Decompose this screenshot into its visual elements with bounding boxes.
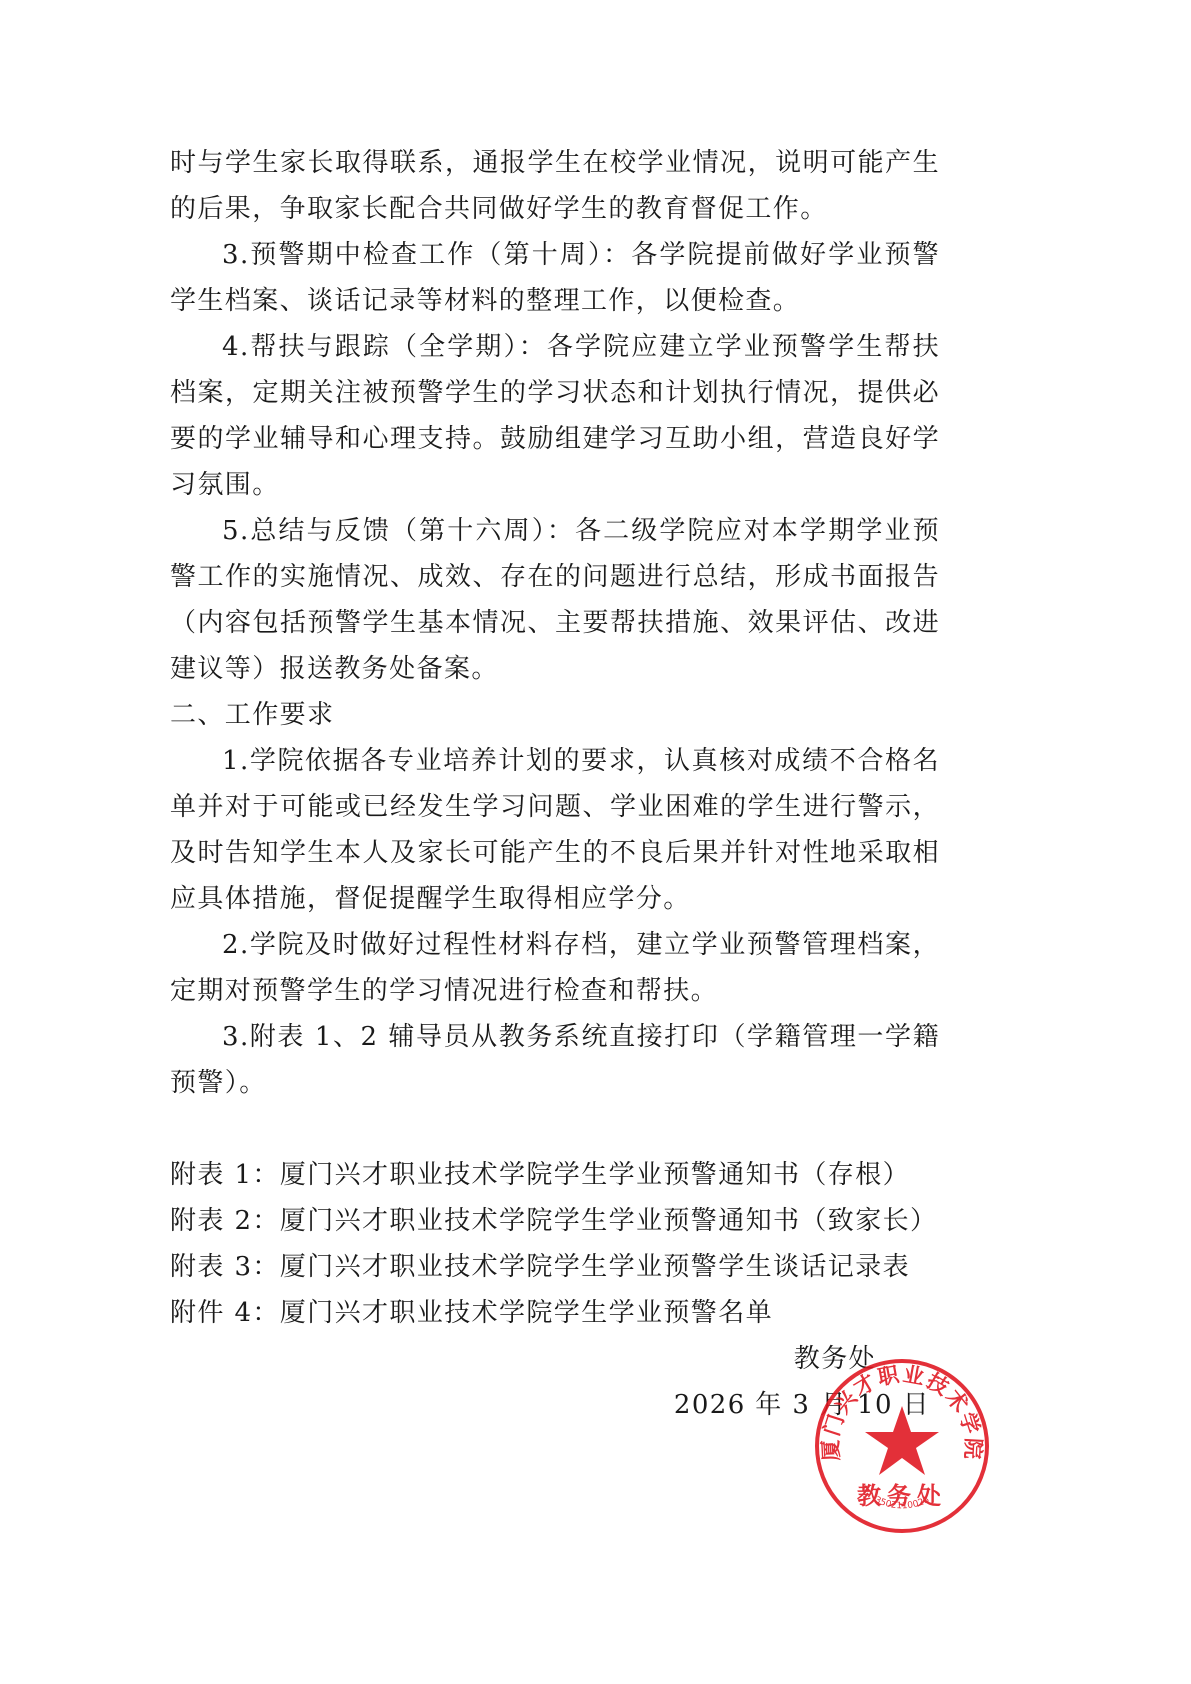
body-paragraph-item-4: 4.帮扶与跟踪（全学期）：各学院应建立学业预警学生帮扶档案，定期关注被预警学生的… [170,324,940,508]
document-page: 时与学生家长取得联系，通报学生在校学业情况，说明可能产生的后果，争取家长配合共同… [170,140,940,1428]
body-paragraph: 时与学生家长取得联系，通报学生在校学业情况，说明可能产生的后果，争取家长配合共同… [170,140,940,232]
blank-line [170,1106,940,1152]
requirement-paragraph-2: 2.学院及时做好过程性材料存档，建立学业预警管理档案，定期对预警学生的学习情况进… [170,922,940,1014]
attachment-item: 附表 2：厦门兴才职业技术学院学生学业预警通知书（致家长） [170,1198,940,1244]
stamp-serial: 3502110026 [873,1495,931,1511]
svg-text:3502110026: 3502110026 [873,1495,931,1511]
body-paragraph-item-3: 3.预警期中检查工作（第十周）：各学院提前做好学业预警学生档案、谈话记录等材料的… [170,232,940,324]
section-heading: 二、工作要求 [170,692,940,738]
signature-org: 教务处 [170,1336,940,1382]
attachment-item: 附表 1：厦门兴才职业技术学院学生学业预警通知书（存根） [170,1152,940,1198]
body-paragraph-item-5: 5.总结与反馈（第十六周）：各二级学院应对本学期学业预警工作的实施情况、成效、存… [170,508,940,692]
signature-date: 2026 年 3 月 10 日 [170,1382,940,1428]
attachment-item: 附表 3：厦门兴才职业技术学院学生学业预警学生谈话记录表 [170,1244,940,1290]
attachments-list: 附表 1：厦门兴才职业技术学院学生学业预警通知书（存根） 附表 2：厦门兴才职业… [170,1152,940,1336]
stamp-center-text: 教务处 [857,1482,947,1510]
attachment-item: 附件 4：厦门兴才职业技术学院学生学业预警名单 [170,1290,940,1336]
requirement-paragraph-1: 1.学院依据各专业培养计划的要求，认真核对成绩不合格名单并对于可能或已经发生学习… [170,738,940,922]
requirement-paragraph-3: 3.附表 1、2 辅导员从教务系统直接打印（学籍管理一学籍预警）。 [170,1014,940,1106]
